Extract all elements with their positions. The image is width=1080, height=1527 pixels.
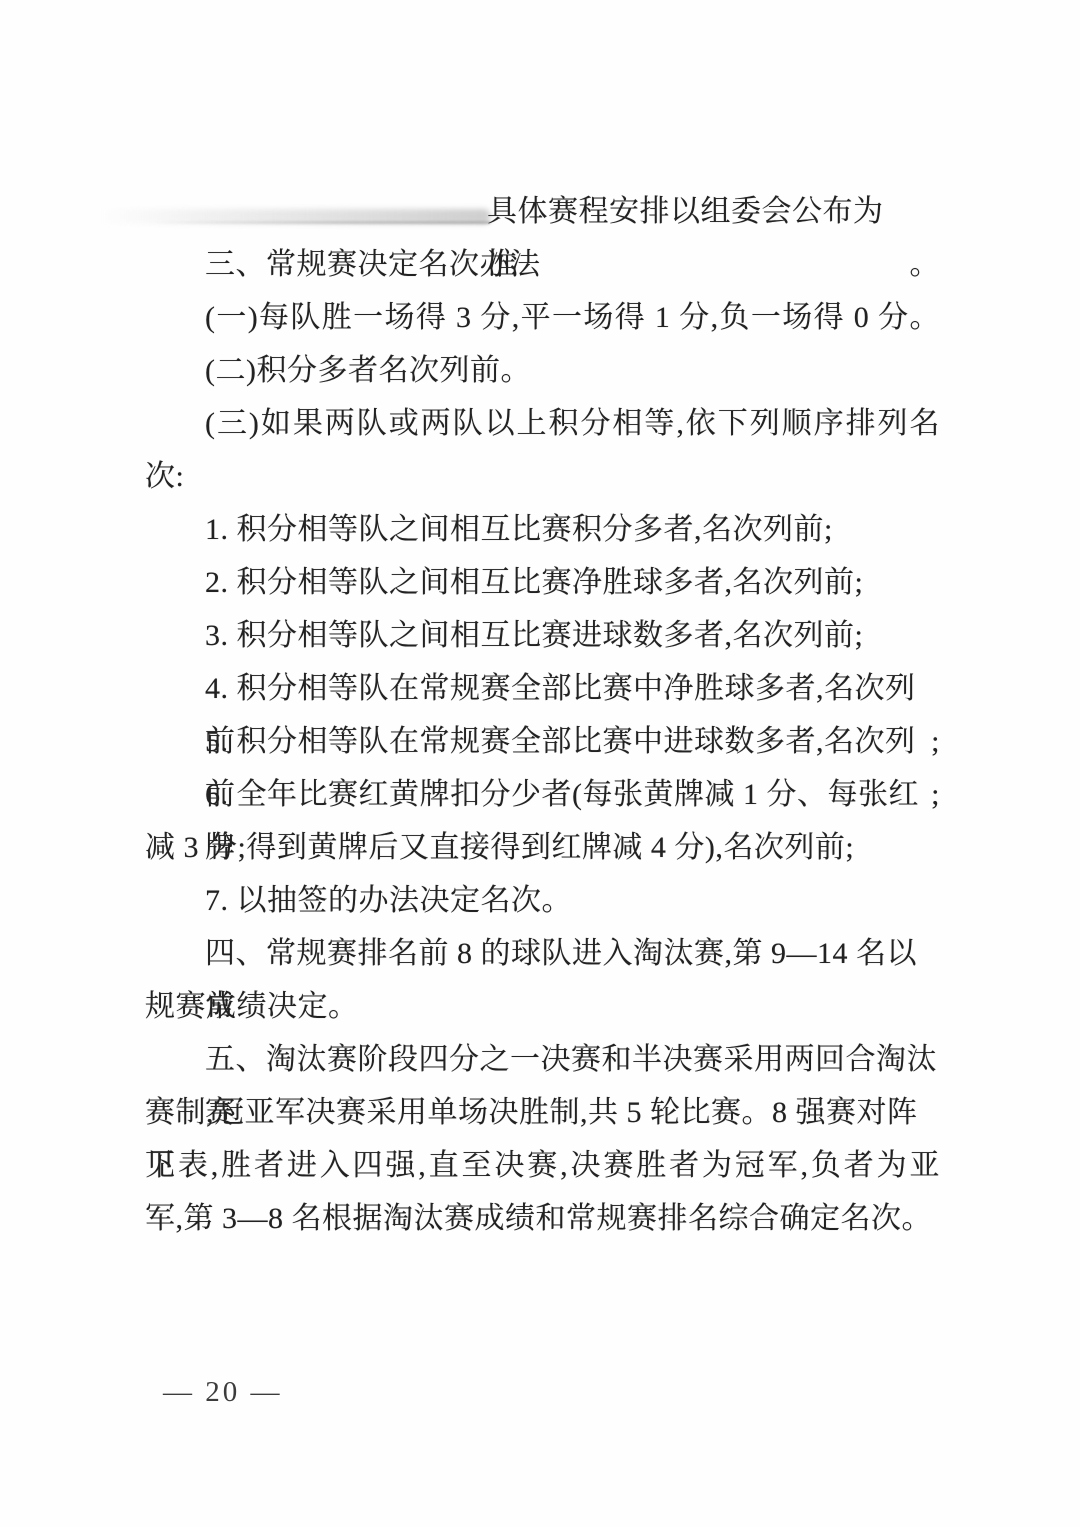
tiebreak-item-6-line-1: 6. 全年比赛红黄牌扣分少者(每张黄牌减 1 分、每张红牌	[145, 768, 940, 821]
rule-3-3-line-1: (三)如果两队或两队以上积分相等,依下列顺序排列名	[145, 397, 940, 450]
tiebreak-item-7: 7. 以抽签的办法决定名次。	[145, 874, 940, 927]
rule-3-2-line: (二)积分多者名次列前。	[145, 344, 940, 397]
document-page: 具体赛程安排以组委会公布为准。 三、常规赛决定名次办法 (一)每队胜一场得 3 …	[0, 0, 1080, 1527]
section-5-line-4: 军,第 3—8 名根据淘汰赛成绩和常规赛排名综合确定名次。	[145, 1192, 940, 1245]
line-continuation-prev-paragraph: 具体赛程安排以组委会公布为准。	[145, 185, 940, 238]
rule-3-1-line: (一)每队胜一场得 3 分,平一场得 1 分,负一场得 0 分。	[145, 291, 940, 344]
section-4-line-1: 四、常规赛排名前 8 的球队进入淘汰赛,第 9—14 名以常	[145, 927, 940, 980]
tiebreak-item-3: 3. 积分相等队之间相互比赛进球数多者,名次列前;	[145, 609, 940, 662]
document-body: 具体赛程安排以组委会公布为准。 三、常规赛决定名次办法 (一)每队胜一场得 3 …	[145, 185, 940, 1245]
tiebreak-item-1: 1. 积分相等队之间相互比赛积分多者,名次列前;	[145, 503, 940, 556]
tiebreak-item-5: 5. 积分相等队在常规赛全部比赛中进球数多者,名次列前;	[145, 715, 940, 768]
tiebreak-item-4: 4. 积分相等队在常规赛全部比赛中净胜球多者,名次列前;	[145, 662, 940, 715]
section-5-line-3: 下表,胜者进入四强,直至决赛,决赛胜者为冠军,负者为亚	[145, 1139, 940, 1192]
page-number: — 20 —	[163, 1376, 283, 1409]
tiebreak-item-6-line-2: 减 3 分;得到黄牌后又直接得到红牌减 4 分),名次列前;	[145, 821, 940, 874]
section-5-line-2: 赛制,冠亚军决赛采用单场决胜制,共 5 轮比赛。8 强赛对阵见	[145, 1086, 940, 1139]
rule-3-3-line-2: 次:	[145, 450, 940, 503]
tiebreak-item-2: 2. 积分相等队之间相互比赛净胜球多者,名次列前;	[145, 556, 940, 609]
section-5-line-1: 五、淘汰赛阶段四分之一决赛和半决赛采用两回合淘汰赛	[145, 1033, 940, 1086]
section-4-line-2: 规赛成绩决定。	[145, 980, 940, 1033]
